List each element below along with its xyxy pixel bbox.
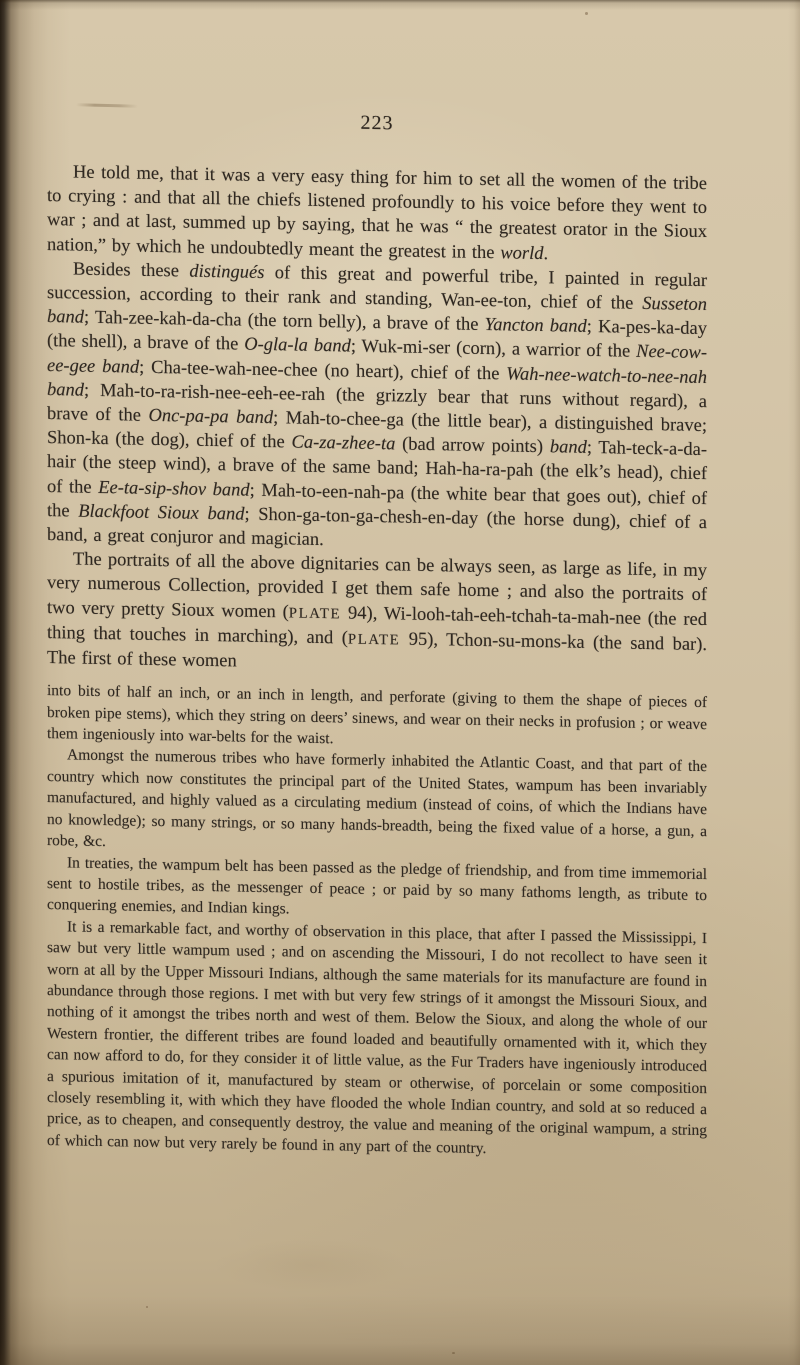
text-run: (bad arrow points)	[395, 435, 549, 458]
italic-text-run: world	[500, 243, 543, 264]
italic-text-run: distingués	[189, 261, 264, 282]
plate-reference: PLATE	[348, 631, 400, 648]
text-run: He told me, that it was a very easy thin…	[47, 162, 707, 262]
paragraph: Amongst the numerous tribes who have for…	[47, 744, 707, 863]
page-number: 223	[47, 104, 707, 142]
paragraph: In treaties, the wampum belt has been pa…	[47, 852, 707, 928]
text-run: Amongst the numerous tribes who have for…	[47, 747, 707, 850]
text-run: In treaties, the wampum belt has been pa…	[47, 854, 707, 918]
plate-reference: PLATE	[289, 605, 341, 622]
italic-text-run: O-gla-la band	[244, 335, 351, 357]
printed-text-block: 223 He told me, that it was a very easy …	[47, 104, 707, 1163]
text-run: .	[544, 244, 549, 264]
page-edge-bottom-shadow	[0, 1295, 800, 1365]
paragraph: The portraits of all the above dignitari…	[47, 547, 707, 682]
text-run: It is a remarkable fact, and worthy of o…	[47, 918, 707, 1157]
text-run: ; Cha-tee-wah-nee-chee (no heart), chief…	[139, 357, 506, 384]
italic-text-run: Yancton band	[485, 315, 587, 337]
text-run: ; Wuk-mi-ser (corn), a warrior of the	[351, 337, 636, 362]
text-body: He told me, that it was a very easy thin…	[47, 160, 707, 1163]
paragraph: Besides these distingués of this great a…	[47, 257, 707, 560]
paragraph: He told me, that it was a very easy thin…	[47, 160, 707, 269]
text-run: into bits of half an inch, or an inch in…	[47, 682, 707, 747]
paragraph: It is a remarkable fact, and worthy of o…	[47, 916, 707, 1164]
paper-stain	[180, 1230, 440, 1300]
page-edge-right-shadow	[788, 0, 800, 1365]
book-gutter-shadow	[0, 0, 70, 1365]
paragraph: into bits of half an inch, or an inch in…	[47, 680, 707, 756]
paper-speck	[146, 1306, 148, 1308]
page-edge-top-shadow	[0, 0, 800, 10]
italic-text-run: Ee-ta-sip-shov band	[98, 478, 249, 501]
text-run: ; Tah-zee-kah-da-cha (the torn belly), a…	[84, 308, 485, 335]
italic-text-run: Onc-pa-pa band	[148, 406, 273, 428]
italic-text-run: Ca-za-zhee-ta	[292, 433, 396, 455]
italic-text-run: band	[550, 437, 587, 458]
italic-text-run: Blackfoot Sioux band	[78, 501, 244, 524]
text-run: Besides these	[73, 259, 189, 281]
paper-speck	[452, 1352, 455, 1354]
scanned-book-page: 223 He told me, that it was a very easy …	[0, 0, 800, 1365]
paper-speck	[585, 12, 588, 15]
